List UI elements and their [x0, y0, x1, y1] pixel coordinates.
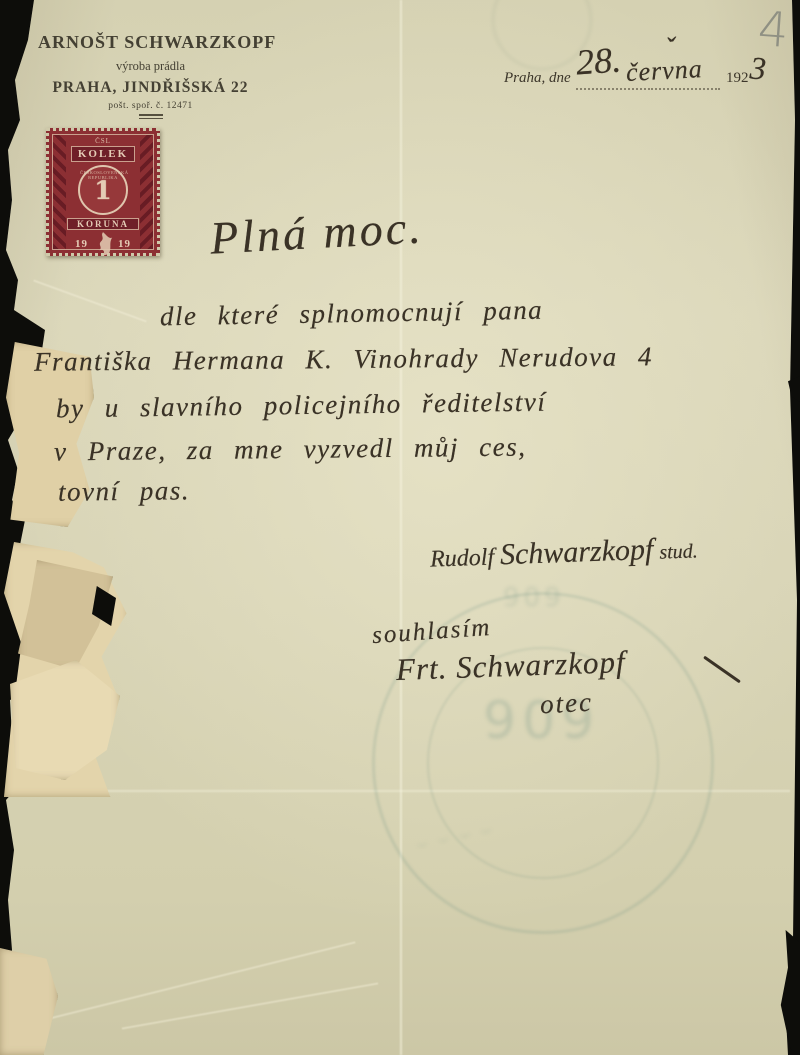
letterhead-postal-account: pošt. spoř. č. 12471 — [38, 101, 263, 111]
dateline: Praha, dne 28. ˇ června 192 3 — [498, 48, 793, 96]
dotted-line — [576, 88, 646, 90]
stamp-value-circle: ČESKOSLOVENSKÁ REPUBLIKA 1 — [78, 165, 128, 215]
document-title: Plná moc. — [209, 200, 425, 264]
dotted-line — [648, 88, 720, 90]
signature-suffix: stud. — [659, 540, 698, 563]
handwritten-year-digit: 3 — [749, 49, 768, 87]
vertical-fold-crease — [399, 0, 403, 1055]
lion-icon — [92, 231, 114, 257]
revenue-stamp: ČSL KOLEK ČESKOSLOVENSKÁ REPUBLIKA 1 KOR… — [46, 128, 160, 256]
father-role: otec — [539, 687, 594, 721]
body-line: Františka Hermana K. Vinohrady Nerudova … — [34, 341, 653, 377]
handwritten-day: 28. — [575, 38, 623, 83]
stamp-year-left: 19 — [75, 238, 88, 250]
stamp-banner: KOLEK — [71, 146, 135, 162]
handwritten-month: června — [625, 54, 703, 88]
stamp-top-label: ČSL — [53, 137, 153, 145]
stamp-year-row: 19 19 — [53, 231, 153, 257]
seal-arc-marks: ⌣⌣⌣⌣ — [414, 816, 504, 855]
signature-last-name: Schwarzkopf — [499, 533, 653, 571]
letterhead-company-name: ARNOŠT SCHWARZKOPF — [38, 32, 263, 53]
revenue-stamp-design: ČSL KOLEK ČESKOSLOVENSKÁ REPUBLIKA 1 KOR… — [52, 134, 154, 250]
stamp-year-right: 19 — [118, 238, 131, 250]
dateline-printed-prefix: Praha, dne — [504, 70, 571, 87]
letterhead-rule — [139, 114, 163, 119]
letterhead-address: PRAHA, JINDŘIŠSKÁ 22 — [38, 79, 263, 97]
seal-digits: 909 — [503, 583, 565, 613]
document-scan: 909 909 ⌣⌣⌣⌣ ARNOŠT SCHWARZKOPF výroba p… — [0, 0, 800, 1055]
printed-year: 192 — [726, 70, 749, 87]
body-line: tovní pas. — [58, 475, 190, 507]
letterhead-business-line: výroba prádla — [38, 59, 263, 74]
signature-first-name: Rudolf — [430, 544, 495, 572]
stamp-value: 1 — [80, 176, 126, 205]
body-line: v Praze, za mne vyzvedl můj ces, — [54, 432, 527, 468]
stamp-currency: KORUNA — [67, 218, 139, 230]
letterhead: ARNOŠT SCHWARZKOPF výroba prádla PRAHA, … — [38, 32, 263, 119]
